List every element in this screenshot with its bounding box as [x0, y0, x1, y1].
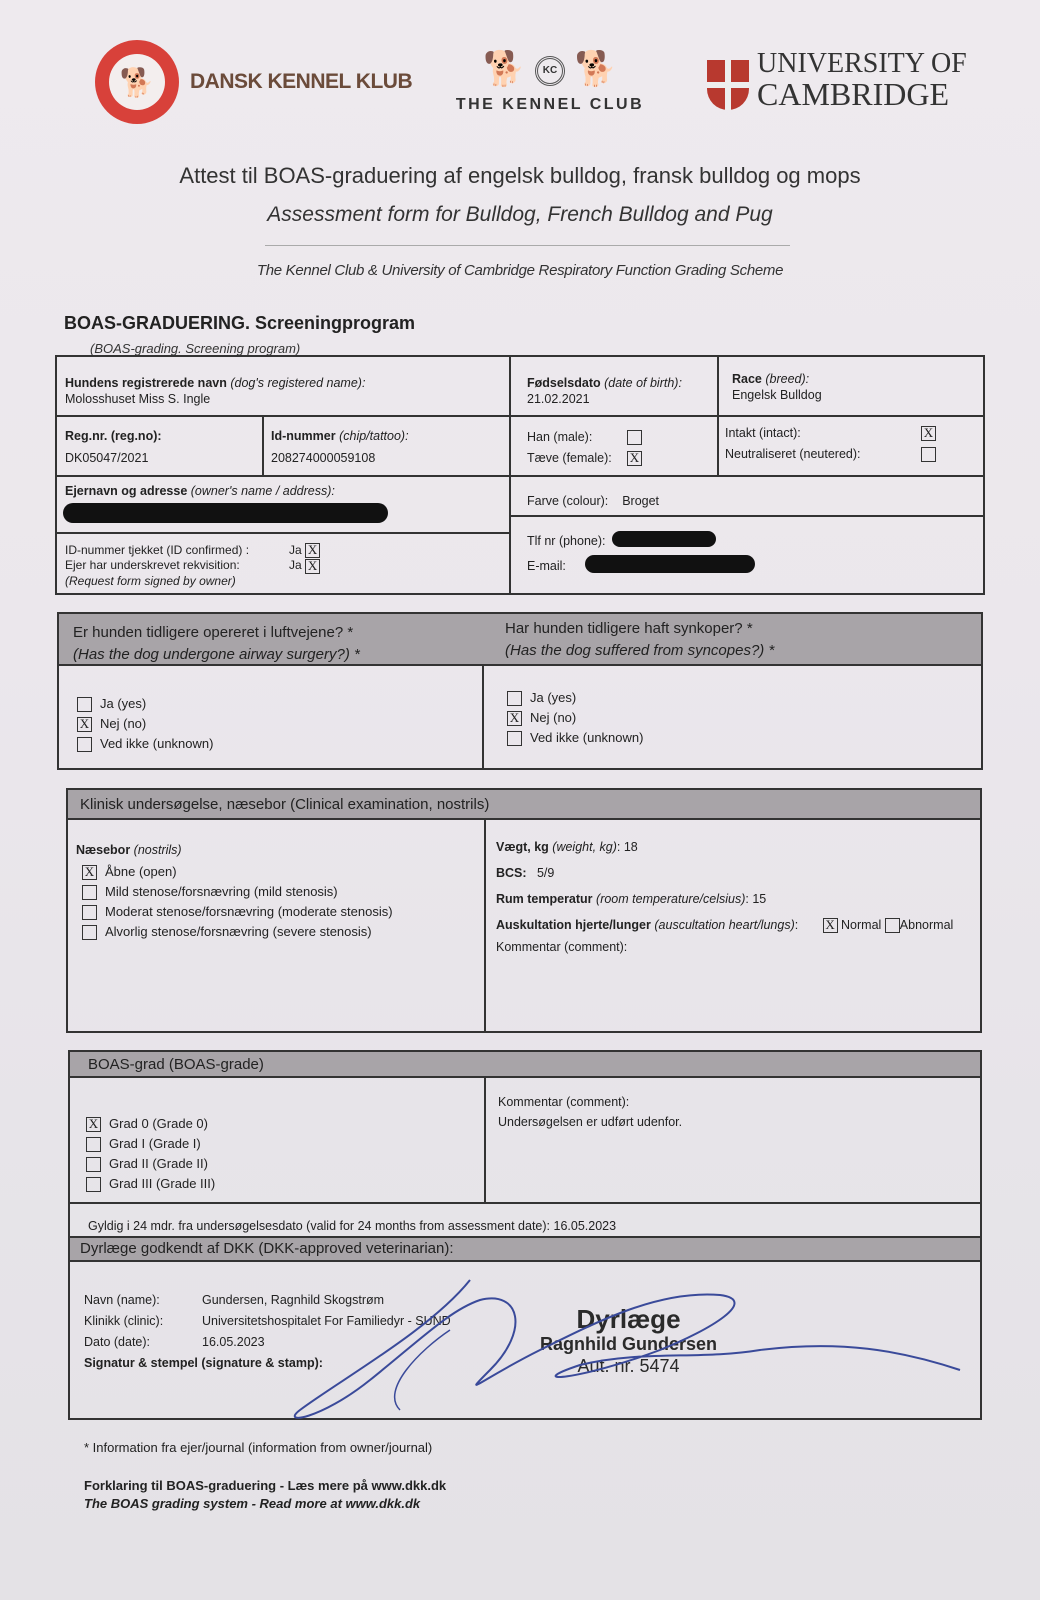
grade-option: Grad III (Grade III)	[86, 1174, 215, 1194]
scottie-dog-icon: 🐕	[109, 54, 165, 110]
regno-field: Reg.nr. (reg.no): DK05047/2021	[65, 425, 162, 469]
surgery-question: Er hunden tidligere opereret i luftvejen…	[73, 622, 360, 666]
surgery-option: Ved ikke (unknown)	[77, 734, 213, 754]
divider	[484, 820, 486, 1031]
auscultation-normal-checkbox[interactable]: X	[823, 918, 838, 933]
grade-title: BOAS-grad (BOAS-grade)	[88, 1056, 264, 1073]
kennel-club-logo: 🐕 KC 🐕 THE KENNEL CLUB	[455, 44, 645, 114]
nostril-checkbox[interactable]	[82, 885, 97, 900]
syncope-question: Har hunden tidligere haft synkoper? * (H…	[505, 618, 774, 662]
explain-english: The BOAS grading system - Read more at w…	[84, 1496, 420, 1511]
nostril-label: Mild stenose/forsnævring (mild stenosis)	[105, 884, 338, 899]
auscultation-abnormal-checkbox[interactable]	[885, 918, 900, 933]
vet-details: Navn (name):Gundersen, Ragnhild Skogstrø…	[84, 1290, 451, 1374]
grade-comment: Kommentar (comment): Undersøgelsen er ud…	[498, 1092, 682, 1132]
syncope-checkbox[interactable]	[507, 691, 522, 706]
neuter-status-field: Intakt (intact):X Neutraliseret (neutere…	[725, 423, 936, 465]
surgery-checkbox[interactable]	[77, 697, 92, 712]
valid-date: 16.05.2023	[554, 1219, 617, 1233]
nostril-option: Mild stenose/forsnævring (mild stenosis)	[82, 882, 393, 902]
grade-label: Grad 0 (Grade 0)	[109, 1116, 208, 1131]
nostril-options: XÅbne (open)Mild stenose/forsnævring (mi…	[82, 862, 393, 942]
syncope-option: XNej (no)	[507, 708, 643, 728]
title-danish: Attest til BOAS-graduering af engelsk bu…	[0, 163, 1040, 189]
nostril-option: XÅbne (open)	[82, 862, 393, 882]
dob-value: 21.02.2021	[527, 392, 590, 406]
surgery-checkbox[interactable]: X	[77, 717, 92, 732]
male-checkbox[interactable]	[627, 430, 642, 445]
assessment-form: 🐕 DANSK KENNEL KLUB 🐕 KC 🐕 THE KENNEL CL…	[0, 0, 1040, 1600]
nostril-option: Alvorlig stenose/forsnævring (severe ste…	[82, 922, 393, 942]
grade-checkbox[interactable]	[86, 1157, 101, 1172]
divider	[509, 357, 511, 593]
colour-field: Farve (colour): Broget	[527, 493, 659, 509]
grade-label: Grad I (Grade I)	[109, 1136, 201, 1151]
syncope-option: Ved ikke (unknown)	[507, 728, 643, 748]
surgery-option: Ja (yes)	[77, 694, 213, 714]
kc-badge: KC	[535, 56, 565, 86]
dkk-logo: 🐕	[95, 40, 179, 124]
grade-option: Grad I (Grade I)	[86, 1134, 215, 1154]
syncope-checkbox[interactable]: X	[507, 711, 522, 726]
footnote: * Information fra ejer/journal (informat…	[84, 1440, 432, 1455]
email-redaction	[585, 555, 755, 573]
room-temp-value: 15	[752, 892, 766, 906]
vet-date-value: 16.05.2023	[202, 1335, 265, 1349]
syncope-label: Nej (no)	[530, 710, 576, 725]
explain-danish: Forklaring til BOAS-graduering - Læs mer…	[84, 1478, 446, 1493]
cambridge-shield-icon	[707, 60, 749, 110]
grade-option: Grad II (Grade II)	[86, 1154, 215, 1174]
grade-label: Grad II (Grade II)	[109, 1156, 208, 1171]
regno-value: DK05047/2021	[65, 451, 148, 465]
grade-checkbox[interactable]: X	[86, 1117, 101, 1132]
syncope-option: Ja (yes)	[507, 688, 643, 708]
nostril-checkbox[interactable]	[82, 925, 97, 940]
clinical-measurements: Vægt, kg (weight, kg): 18 BCS: 5/9 Rum t…	[496, 834, 953, 956]
divider	[70, 1202, 980, 1204]
surgery-label: Ved ikke (unknown)	[100, 736, 213, 751]
nostril-label: Moderat stenose/forsnævring (moderate st…	[105, 904, 393, 919]
syncope-label: Ja (yes)	[530, 690, 576, 705]
owner-signed-checkbox[interactable]: X	[305, 559, 320, 574]
nostril-label: Alvorlig stenose/forsnævring (severe ste…	[105, 924, 372, 939]
nostril-checkbox[interactable]: X	[82, 865, 97, 880]
surgery-checkbox[interactable]	[77, 737, 92, 752]
surgery-label: Nej (no)	[100, 716, 146, 731]
female-checkbox[interactable]: X	[627, 451, 642, 466]
clinical-comment-label: Kommentar (comment):	[496, 938, 953, 956]
nostrils-label: Næsebor (nostrils)	[76, 842, 182, 858]
clinical-section: Klinisk undersøgelse, næsebor (Clinical …	[66, 788, 982, 1033]
divider	[717, 357, 719, 475]
grade-comment-value: Undersøgelsen er udført udenfor.	[498, 1112, 682, 1132]
grade-options: XGrad 0 (Grade 0)Grad I (Grade I)Grad II…	[86, 1114, 215, 1194]
kennel-club-name: THE KENNEL CLUB	[455, 96, 645, 114]
divider	[57, 415, 983, 417]
syncope-label: Ved ikke (unknown)	[530, 730, 643, 745]
chip-id-field: Id-nummer (chip/tattoo): 208274000059108	[271, 425, 409, 469]
divider	[482, 666, 484, 768]
grade-label: Grad III (Grade III)	[109, 1176, 215, 1191]
divider	[484, 1078, 486, 1202]
dkk-name: DANSK KENNEL KLUB	[190, 70, 412, 94]
sex-field: Han (male): Tæve (female):X	[527, 427, 642, 469]
syncope-checkbox[interactable]	[507, 731, 522, 746]
dog-name-field: Hundens registrerede navn (dog's registe…	[65, 375, 365, 407]
validity-text: Gyldig i 24 mdr. fra undersøgelsesdato (…	[88, 1218, 616, 1234]
owner-redaction	[63, 503, 388, 523]
logo-row: 🐕 DANSK KENNEL KLUB 🐕 KC 🐕 THE KENNEL CL…	[95, 40, 975, 130]
title-divider	[265, 245, 790, 246]
bcs-value: 5/9	[537, 866, 554, 880]
cambridge-name: UNIVERSITY OF CAMBRIDGE	[757, 50, 967, 110]
nostril-label: Åbne (open)	[105, 864, 177, 879]
boas-grade-section: BOAS-grad (BOAS-grade) XGrad 0 (Grade 0)…	[68, 1050, 982, 1420]
vet-title: Dyrlæge godkendt af DKK (DKK-approved ve…	[80, 1240, 454, 1257]
colour-value: Broget	[622, 494, 659, 508]
grade-checkbox[interactable]	[86, 1177, 101, 1192]
dob-field: Fødselsdato (date of birth): 21.02.2021	[527, 375, 682, 407]
divider	[509, 515, 983, 517]
section-title: BOAS-GRADUERING. Screeningprogram	[64, 313, 415, 334]
history-section: Er hunden tidligere opereret i luftvejen…	[57, 612, 983, 770]
vet-name-value: Gundersen, Ragnhild Skogstrøm	[202, 1293, 384, 1307]
dog-name-value: Molosshuset Miss S. Ingle	[65, 392, 210, 406]
nostril-option: Moderat stenose/forsnævring (moderate st…	[82, 902, 393, 922]
neutered-checkbox[interactable]	[921, 447, 936, 462]
surgery-options: Ja (yes)XNej (no)Ved ikke (unknown)	[77, 694, 213, 754]
vet-stamp: Dyrlæge Ragnhild Gundersen Aut. nr. 5474	[540, 1305, 717, 1377]
dog-info-table: Hundens registrerede navn (dog's registe…	[55, 355, 985, 595]
clinical-title: Klinisk undersøgelse, næsebor (Clinical …	[80, 796, 489, 813]
weight-value: 18	[624, 840, 638, 854]
grade-checkbox[interactable]	[86, 1137, 101, 1152]
divider	[57, 532, 509, 534]
vet-clinic-value: Universitetshospitalet For Familiedyr - …	[202, 1314, 451, 1328]
grade-option: XGrad 0 (Grade 0)	[86, 1114, 215, 1134]
chip-id-value: 208274000059108	[271, 451, 375, 465]
kennel-club-dogs-icon: 🐕 KC 🐕	[455, 44, 645, 94]
nostril-checkbox[interactable]	[82, 905, 97, 920]
id-confirmed-checkbox[interactable]: X	[305, 543, 320, 558]
divider	[262, 415, 264, 475]
section-subtitle: (BOAS-grading. Screening program)	[90, 341, 300, 356]
syncope-options: Ja (yes)XNej (no)Ved ikke (unknown)	[507, 688, 643, 748]
divider	[57, 475, 983, 477]
surgery-label: Ja (yes)	[100, 696, 146, 711]
breed-field: Race (breed): Engelsk Bulldog	[732, 371, 822, 403]
breed-value: Engelsk Bulldog	[732, 388, 822, 402]
surgery-option: XNej (no)	[77, 714, 213, 734]
title-english: Assessment form for Bulldog, French Bull…	[0, 203, 1040, 227]
owner-field: Ejernavn og adresse (owner's name / addr…	[65, 483, 335, 499]
scheme-subtitle: The Kennel Club & University of Cambridg…	[0, 262, 1040, 279]
phone-redaction	[612, 531, 716, 547]
id-confirmed-field: ID-nummer tjekket (ID confirmed) :Ja X E…	[65, 543, 320, 589]
intact-checkbox[interactable]: X	[921, 426, 936, 441]
